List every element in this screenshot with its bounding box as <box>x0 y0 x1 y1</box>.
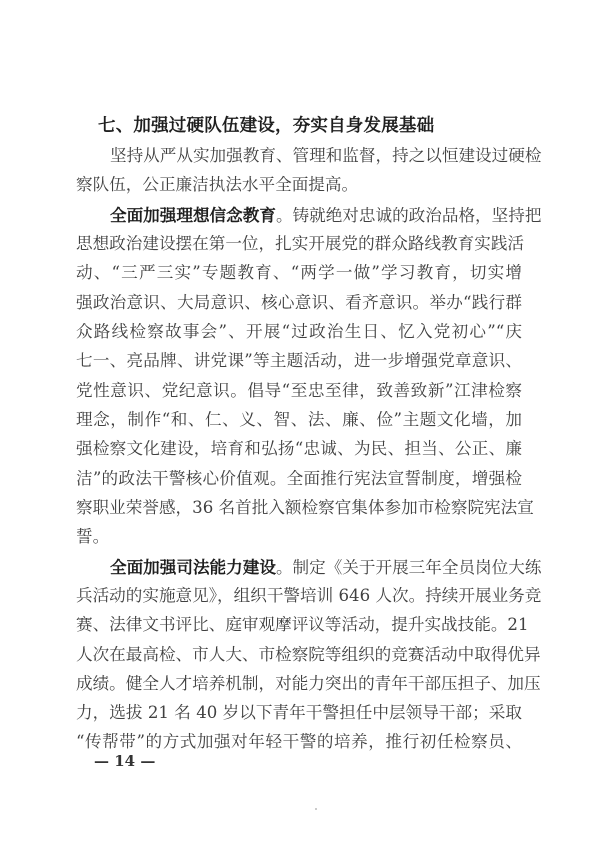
paragraph-lead: 全面加强理想信念教育 <box>110 205 276 225</box>
line-text: 力，选拔 21 名 40 岁以下青年干警担任中层领导干部；采取 <box>76 703 522 722</box>
line-text: 众路线检察故事会”、开展“过政治生日、忆入党初心”“庆 <box>76 322 522 341</box>
paragraph-line: 察职业荣誉感，36 名首批入额检察官集体参加市检察院宪法宣 <box>76 497 522 519</box>
line-text: 。制定《关于开展三年全员岗位大练 <box>276 558 542 577</box>
paragraph-line: 众路线检察故事会”、开展“过政治生日、忆入党初心”“庆 <box>76 321 522 343</box>
line-text: 人次在最高检、市人大、市检察院等组织的竞赛活动中取得优异 <box>76 645 541 664</box>
line-text: 兵活动的实施意见》，组织干警培训 646 人次。持续开展业务竞 <box>76 586 541 605</box>
line-text: 赛、法律文书评比、庭审观摩评议等活动，提升实战技能。21 <box>76 615 529 634</box>
line-text: 察职业荣誉感，36 名首批入额检察官集体参加市检察院宪法宣 <box>76 498 534 517</box>
paragraph-line: 力，选拔 21 名 40 岁以下青年干警担任中层领导干部；采取 <box>76 702 522 724</box>
line-text: 动、“三严三实”专题教育、“两学一做”学习教育，切实增 <box>76 263 522 282</box>
paragraph-line: 察队伍，公正廉洁执法水平全面提高。 <box>76 174 522 196</box>
paragraph-lead: 全面加强司法能力建设 <box>110 557 276 577</box>
line-text: 强政治意识、大局意识、核心意识、看齐意识。举办“践行群 <box>76 293 522 312</box>
paragraph-line: 洁”的政法干警核心价值观。全面推行宪法宣誓制度，增强检 <box>76 468 522 490</box>
paragraph-line: 动、“三严三实”专题教育、“两学一做”学习教育，切实增 <box>76 262 522 284</box>
paragraph-line: 思想政治建设摆在第一位，扎实开展党的群众路线教育实践活 <box>76 233 522 255</box>
paragraph-line: “传帮带”的方式加强对年轻干警的培养，推行初任检察员、 <box>76 731 522 753</box>
paragraph-line: 强政治意识、大局意识、核心意识、看齐意识。举办“践行群 <box>76 292 522 314</box>
line-text: 誓。 <box>76 527 109 546</box>
line-text: 七一、亮品牌、讲党课”等主题活动，进一步增强党章意识、 <box>76 351 522 370</box>
scan-artifact <box>315 808 317 810</box>
line-text: 察队伍，公正廉洁执法水平全面提高。 <box>76 175 358 194</box>
paragraph-line: 全面加强司法能力建设。制定《关于开展三年全员岗位大练 <box>110 556 522 578</box>
line-text: 思想政治建设摆在第一位，扎实开展党的群众路线教育实践活 <box>76 234 524 253</box>
line-text: 。铸就绝对忠诚的政治品格，坚持把 <box>276 206 542 225</box>
paragraph-line: 全面加强理想信念教育。铸就绝对忠诚的政治品格，坚持把 <box>110 204 522 226</box>
paragraph-line: 人次在最高检、市人大、市检察院等组织的竞赛活动中取得优异 <box>76 644 522 666</box>
page-number: — 14 — <box>94 752 155 770</box>
paragraph-line: 誓。 <box>76 526 522 548</box>
line-text: 洁”的政法干警核心价值观。全面推行宪法宣誓制度，增强检 <box>76 469 522 488</box>
paragraph-line: 兵活动的实施意见》，组织干警培训 646 人次。持续开展业务竞 <box>76 585 522 607</box>
line-text: 坚持从严从实加强教育、管理和监督，持之以恒建设过硬检 <box>110 146 541 165</box>
paragraph-line: 坚持从严从实加强教育、管理和监督，持之以恒建设过硬检 <box>110 145 522 167</box>
line-text: 成绩。健全人才培养机制，对能力突出的青年干部压担子、加压 <box>76 674 541 693</box>
section-heading: 七、加强过硬队伍建设，夯实自身发展基础 <box>98 112 538 137</box>
paragraph-line: 理念，制作“和、仁、义、智、法、廉、俭”主题文化墙，加 <box>76 409 522 431</box>
paragraph-line: 强检察文化建设，培育和弘扬“忠诚、为民、担当、公正、廉 <box>76 438 522 460</box>
line-text: 党性意识、党纪意识。倡导“至忠至律，致善致新”江津检察 <box>76 381 522 400</box>
paragraph-line: 七一、亮品牌、讲党课”等主题活动，进一步增强党章意识、 <box>76 350 522 372</box>
line-text: 理念，制作“和、仁、义、智、法、廉、俭”主题文化墙，加 <box>76 410 522 429</box>
line-text: 强检察文化建设，培育和弘扬“忠诚、为民、担当、公正、廉 <box>76 439 522 458</box>
document-page: 七、加强过硬队伍建设，夯实自身发展基础 坚持从严从实加强教育、管理和监督，持之以… <box>0 0 600 849</box>
line-text: “传帮带”的方式加强对年轻干警的培养，推行初任检察员、 <box>76 732 522 751</box>
paragraph-line: 赛、法律文书评比、庭审观摩评议等活动，提升实战技能。21 <box>76 614 522 636</box>
paragraph-line: 党性意识、党纪意识。倡导“至忠至律，致善致新”江津检察 <box>76 380 522 402</box>
paragraph-line: 成绩。健全人才培养机制，对能力突出的青年干部压担子、加压 <box>76 673 522 695</box>
